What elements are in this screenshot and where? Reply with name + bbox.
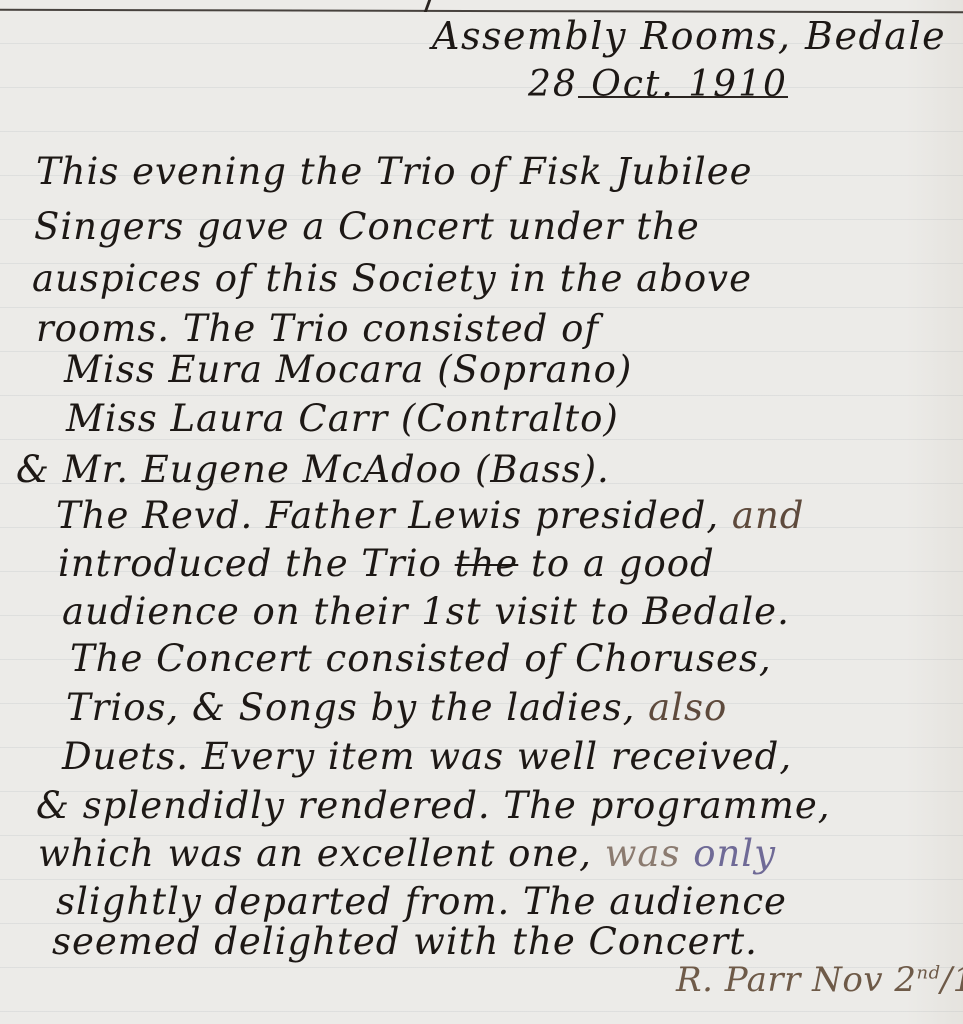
inserted-was: was <box>605 832 681 875</box>
inserted-and: and <box>732 494 805 537</box>
body-line-4: rooms. The Trio consisted of <box>36 307 599 350</box>
body-line-12: Trios, & Songs by the ladies, also <box>66 686 727 729</box>
inserted-only: only <box>693 832 776 875</box>
body-line-15: which was an excellent one, was only <box>38 832 776 875</box>
body-line-2: Singers gave a Concert under the <box>34 205 700 248</box>
body-line-15-text: which was an excellent one, <box>38 832 592 875</box>
signature: R. Parr Nov 2nd/10 <box>676 960 963 1000</box>
header-date: 28 Oct. 1910 <box>528 64 788 105</box>
body-line-6: Miss Laura Carr (Contralto) <box>66 397 619 440</box>
signature-suffix: nd <box>917 963 941 984</box>
body-line-14: & splendidly rendered. The programme, <box>36 784 831 827</box>
body-line-7: & Mr. Eugene McAdoo (Bass). <box>16 448 610 491</box>
header-place: Assembly Rooms, Bedale <box>432 14 946 58</box>
body-line-3: auspices of this Society in the above <box>32 257 752 300</box>
signature-text: R. Parr Nov 2 <box>676 960 917 1000</box>
body-line-8: The Revd. Father Lewis presided, and <box>56 494 804 537</box>
manuscript-page: Assembly Rooms, Bedale 28 Oct. 1910 This… <box>0 0 963 1024</box>
body-line-11: The Concert consisted of Choruses, <box>70 637 772 680</box>
body-line-16: slightly departed from. The audience <box>56 880 787 923</box>
top-rule-line <box>0 9 963 14</box>
body-line-1: This evening the Trio of Fisk Jubilee <box>36 150 753 193</box>
body-line-13: Duets. Every item was well received, <box>62 735 792 778</box>
body-line-10: audience on their 1st visit to Bedale. <box>62 590 790 633</box>
body-line-9: introduced the Trio the to a good <box>58 542 715 585</box>
inserted-also: also <box>648 686 727 729</box>
body-line-8-text: The Revd. Father Lewis presided, <box>56 494 719 537</box>
body-line-17: seemed delighted with the Concert. <box>52 920 758 963</box>
body-line-9-text: introduced the Trio <box>58 542 442 585</box>
signature-year: /10 <box>941 960 963 1000</box>
struck-word: the <box>455 542 519 585</box>
body-line-12-text: Trios, & Songs by the ladies, <box>66 686 635 729</box>
body-line-5: Miss Eura Mocara (Soprano) <box>64 348 632 391</box>
date-underline <box>578 96 788 98</box>
body-line-9-rest: to a good <box>531 542 715 585</box>
